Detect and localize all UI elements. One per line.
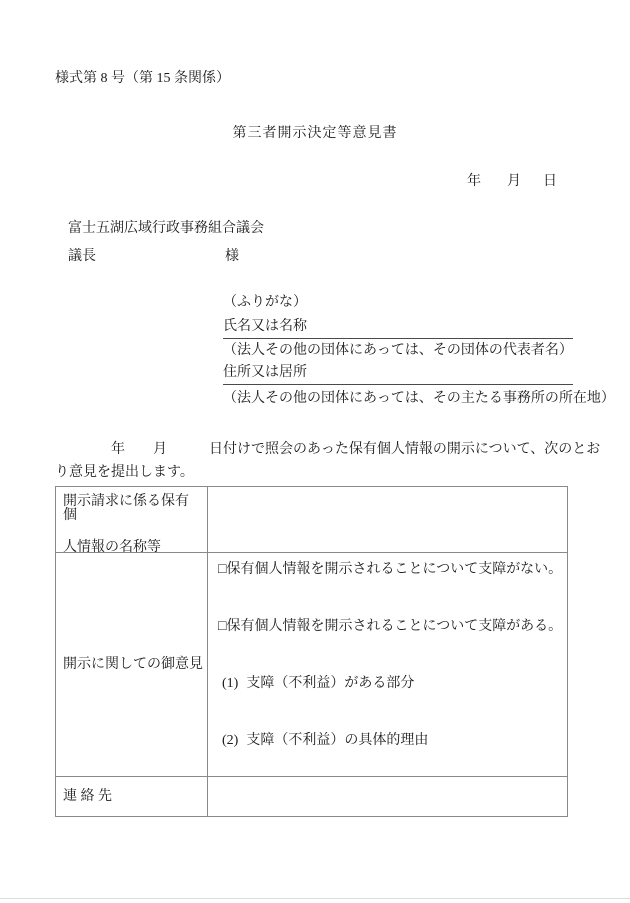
item-specific-reason: (2)支障（不利益）の具体的理由 [218,734,563,750]
form-number-label: 様式第 8 号（第 15 条関係） [55,72,230,86]
document-page: 様式第 8 号（第 15 条関係） 第三者開示決定等意見書 年 月 日 富士五湖… [0,0,630,903]
row2-label: 開示に関しての御意見 [63,658,203,672]
row3-value-cell [208,777,567,816]
date-day-label: 日 [543,175,557,189]
row3-label: 連 絡 先 [63,790,112,804]
page-bottom-edge [0,898,630,899]
body-paragraph-line2: り意見を提出します。 [55,466,194,480]
item-affected-part-label: 支障（不利益）がある部分 [246,676,414,691]
row1-value-cell [208,487,567,553]
recipient-role: 議長 [68,250,96,264]
option-objection-label: 保有個人情報を開示されることについて支障がある。 [226,619,562,634]
item-affected-part: (1)支障（不利益）がある部分 [218,677,563,693]
furigana-label: （ふりがな） [223,296,307,310]
name-field-line: 氏名又は名称 [223,320,573,339]
option-no-objection-label: 保有個人情報を開示されることについて支障がない。 [226,562,562,577]
name-field-label: 氏名又は名称 [223,319,307,334]
address-field-label: 住所又は居所 [223,365,307,380]
row2-label-cell: 開示に関しての御意見 [56,553,208,777]
item-number: (2) [222,733,238,748]
recipient-organization: 富士五湖広域行政事務組合議会 [68,222,264,236]
item-specific-reason-label: 支障（不利益）の具体的理由 [246,733,428,748]
body-paragraph-line1: 年 月 日付けで照会のあった保有個人情報の開示について、次のとお [55,443,600,457]
opinion-table: 開示請求に係る保有個 人情報の名称等 開示に関しての御意見 □保有個人情報を開示… [55,486,568,817]
row2-value-cell: □保有個人情報を開示されることについて支障がない。 □保有個人情報を開示されるこ… [208,553,567,777]
row1-label-line1: 開示請求に係る保有個 [63,495,201,523]
option-objection: □保有個人情報を開示されることについて支障がある。 [218,620,563,636]
document-title: 第三者開示決定等意見書 [0,127,630,141]
name-note: （法人その他の団体にあっては、その団体の代表者名） [223,344,573,358]
option-no-objection: □保有個人情報を開示されることについて支障がない。 [218,563,563,579]
recipient-honorific: 様 [225,250,239,264]
address-note: （法人その他の団体にあっては、その主たる事務所の所在地） [223,392,615,406]
date-month-label: 月 [507,175,521,189]
row1-label-cell: 開示請求に係る保有個 人情報の名称等 [56,487,208,553]
date-year-label: 年 [467,175,481,189]
row3-label-cell: 連 絡 先 [56,777,208,816]
address-field-line: 住所又は居所 [223,366,573,385]
item-number: (1) [222,676,238,691]
